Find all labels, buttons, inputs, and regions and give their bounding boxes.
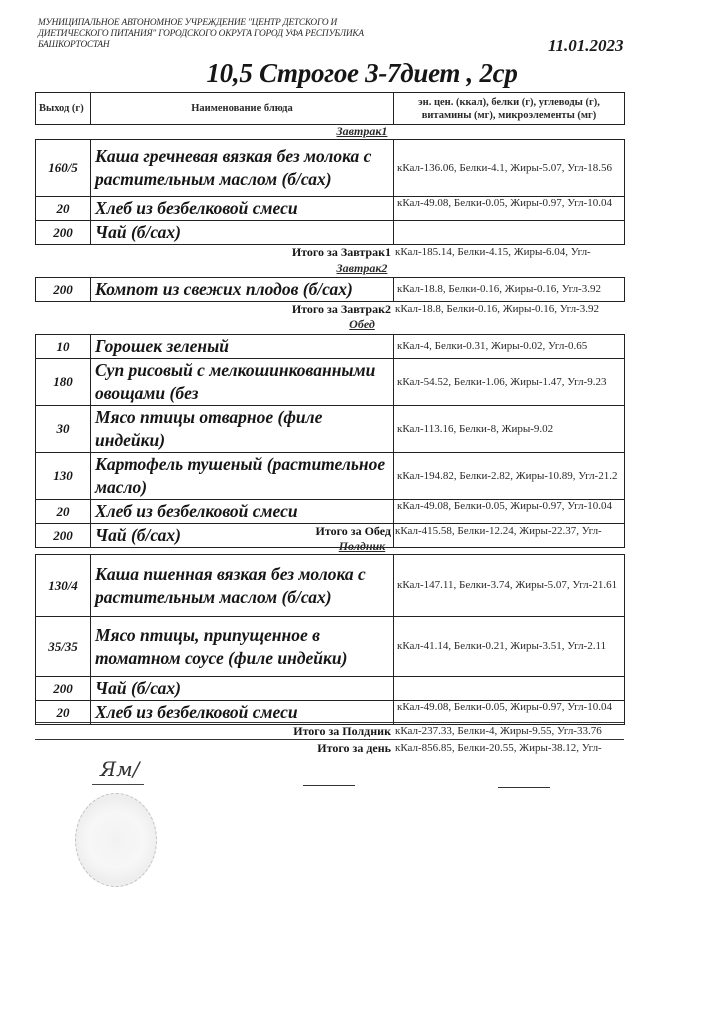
- row-output: 160/5: [36, 140, 91, 197]
- row-nutrition: кКал-147.11, Белки-3.74, Жиры-5.07, Угл-…: [394, 555, 625, 617]
- table-row: 180 Суп рисовый с мелкошинкованными овощ…: [36, 359, 625, 406]
- table-row: 30 Мясо птицы отварное (филе индейки) кК…: [36, 406, 625, 453]
- table-row: 20 Хлеб из безбелковой смеси кКал-49.08,…: [36, 500, 625, 524]
- page-title: 10,5 Строгое 3-7диет , 2ср: [0, 58, 724, 89]
- meal-total-value: кКал-237.33, Белки-4, Жиры-9.55, Угл-33.…: [395, 724, 602, 738]
- meal-heading-breakfast2: Завтрак2: [0, 261, 724, 276]
- row-nutrition: кКал-41.14, Белки-0.21, Жиры-3.51, Угл-2…: [394, 617, 625, 677]
- table-row: 200 Компот из свежих плодов (б/сах) кКал…: [36, 278, 625, 302]
- meal-total-breakfast1: Итого за Завтрак1 кКал-185.14, Белки-4.1…: [35, 245, 624, 259]
- row-nutrition: кКал-49.08, Белки-0.05, Жиры-0.97, Угл-1…: [394, 500, 625, 524]
- table-row: 130 Картофель тушеный (растительное масл…: [36, 453, 625, 500]
- column-header-dish: Наименование блюда: [91, 93, 394, 125]
- row-output: 200: [36, 677, 91, 701]
- column-header-nutrition: эн. цен. (ккал), белки (г), углеводы (г)…: [394, 93, 625, 125]
- row-dish: Каша пшенная вязкая без молока с растите…: [91, 555, 394, 617]
- row-output: 200: [36, 221, 91, 245]
- row-output: 130/4: [36, 555, 91, 617]
- stamp-icon: [75, 793, 157, 887]
- row-nutrition: кКал-113.16, Белки-8, Жиры-9.02: [394, 406, 625, 453]
- meal-total-label: Итого за Обед: [316, 524, 391, 538]
- row-output: 20: [36, 701, 91, 725]
- meal-table-breakfast2: 200 Компот из свежих плодов (б/сах) кКал…: [35, 277, 625, 302]
- row-nutrition: кКал-49.08, Белки-0.05, Жиры-0.97, Угл-1…: [394, 701, 625, 725]
- row-dish: Картофель тушеный (растительное масло): [91, 453, 394, 500]
- row-nutrition: кКал-18.8, Белки-0.16, Жиры-0.16, Угл-3.…: [394, 278, 625, 302]
- row-dish: Горошек зеленый: [91, 335, 394, 359]
- row-dish: Каша гречневая вязкая без молока с расти…: [91, 140, 394, 197]
- column-header-output: Выход (г): [36, 93, 91, 125]
- meal-heading-breakfast1: Завтрак1: [0, 124, 724, 139]
- row-output: 20: [36, 500, 91, 524]
- table-row: 10 Горошек зеленый кКал-4, Белки-0.31, Ж…: [36, 335, 625, 359]
- row-nutrition: кКал-194.82, Белки-2.82, Жиры-10.89, Угл…: [394, 453, 625, 500]
- row-nutrition: [394, 221, 625, 245]
- row-output: 35/35: [36, 617, 91, 677]
- meal-table-lunch: 10 Горошек зеленый кКал-4, Белки-0.31, Ж…: [35, 334, 625, 548]
- row-nutrition: кКал-4, Белки-0.31, Жиры-0.02, Угл-0.65: [394, 335, 625, 359]
- row-nutrition: кКал-49.08, Белки-0.05, Жиры-0.97, Угл-1…: [394, 197, 625, 221]
- table-row: 160/5 Каша гречневая вязкая без молока с…: [36, 140, 625, 197]
- meal-total-lunch: Итого за Обед кКал-415.58, Белки-12.24, …: [35, 524, 624, 538]
- row-output: 20: [36, 197, 91, 221]
- signature-line: [92, 784, 144, 785]
- table-row: 130/4 Каша пшенная вязкая без молока с р…: [36, 555, 625, 617]
- row-nutrition: кКал-136.06, Белки-4.1, Жиры-5.07, Угл-1…: [394, 140, 625, 197]
- table-row: 200 Чай (б/сах): [36, 221, 625, 245]
- meal-total-value: кКал-185.14, Белки-4.15, Жиры-6.04, Угл-: [395, 245, 591, 259]
- meal-heading-snack: Полдник: [0, 539, 724, 554]
- table-row: 200 Чай (б/сах): [36, 677, 625, 701]
- organization-name: МУНИЦИПАЛЬНОЕ АВТОНОМНОЕ УЧРЕЖДЕНИЕ "ЦЕН…: [38, 18, 408, 52]
- signature: Ям/: [100, 757, 139, 781]
- row-dish: Хлеб из безбелковой смеси: [91, 197, 394, 221]
- table-row: 20 Хлеб из безбелковой смеси кКал-49.08,…: [36, 701, 625, 725]
- divider: [35, 722, 624, 723]
- divider: [35, 739, 624, 740]
- meal-table-snack: 130/4 Каша пшенная вязкая без молока с р…: [35, 554, 625, 725]
- column-header-table: Выход (г) Наименование блюда эн. цен. (к…: [35, 92, 625, 125]
- table-row: 35/35 Мясо птицы, припущенное в томатном…: [36, 617, 625, 677]
- meal-total-value: кКал-18.8, Белки-0.16, Жиры-0.16, Угл-3.…: [395, 302, 599, 316]
- signature-line: [303, 785, 355, 786]
- meal-total-label: Итого за Завтрак2: [292, 302, 391, 316]
- meal-total-snack: Итого за Полдник кКал-237.33, Белки-4, Ж…: [35, 724, 624, 738]
- row-nutrition: [394, 677, 625, 701]
- row-dish: Чай (б/сах): [91, 677, 394, 701]
- table-row: 20 Хлеб из безбелковой смеси кКал-49.08,…: [36, 197, 625, 221]
- row-dish: Мясо птицы, припущенное в томатном соусе…: [91, 617, 394, 677]
- row-output: 200: [36, 278, 91, 302]
- row-dish: Мясо птицы отварное (филе индейки): [91, 406, 394, 453]
- row-dish: Хлеб из безбелковой смеси: [91, 500, 394, 524]
- meal-heading-lunch: Обед: [0, 317, 724, 332]
- row-output: 130: [36, 453, 91, 500]
- row-dish: Суп рисовый с мелкошинкованными овощами …: [91, 359, 394, 406]
- meal-total-label: Итого за Полдник: [293, 724, 391, 738]
- meal-table-breakfast1: 160/5 Каша гречневая вязкая без молока с…: [35, 139, 625, 245]
- day-total-value: кКал-856.85, Белки-20.55, Жиры-38.12, Уг…: [395, 741, 602, 755]
- document-date: 11.01.2023: [548, 36, 624, 56]
- row-output: 10: [36, 335, 91, 359]
- row-dish: Чай (б/сах): [91, 221, 394, 245]
- signature-line: [498, 787, 550, 788]
- meal-total-label: Итого за Завтрак1: [292, 245, 391, 259]
- row-output: 30: [36, 406, 91, 453]
- row-output: 180: [36, 359, 91, 406]
- row-nutrition: кКал-54.52, Белки-1.06, Жиры-1.47, Угл-9…: [394, 359, 625, 406]
- day-total: Итого за день кКал-856.85, Белки-20.55, …: [35, 741, 624, 755]
- row-dish: Хлеб из безбелковой смеси: [91, 701, 394, 725]
- meal-total-value: кКал-415.58, Белки-12.24, Жиры-22.37, Уг…: [395, 524, 602, 538]
- row-dish: Компот из свежих плодов (б/сах): [91, 278, 394, 302]
- meal-total-breakfast2: Итого за Завтрак2 кКал-18.8, Белки-0.16,…: [35, 302, 624, 316]
- day-total-label: Итого за день: [317, 741, 391, 755]
